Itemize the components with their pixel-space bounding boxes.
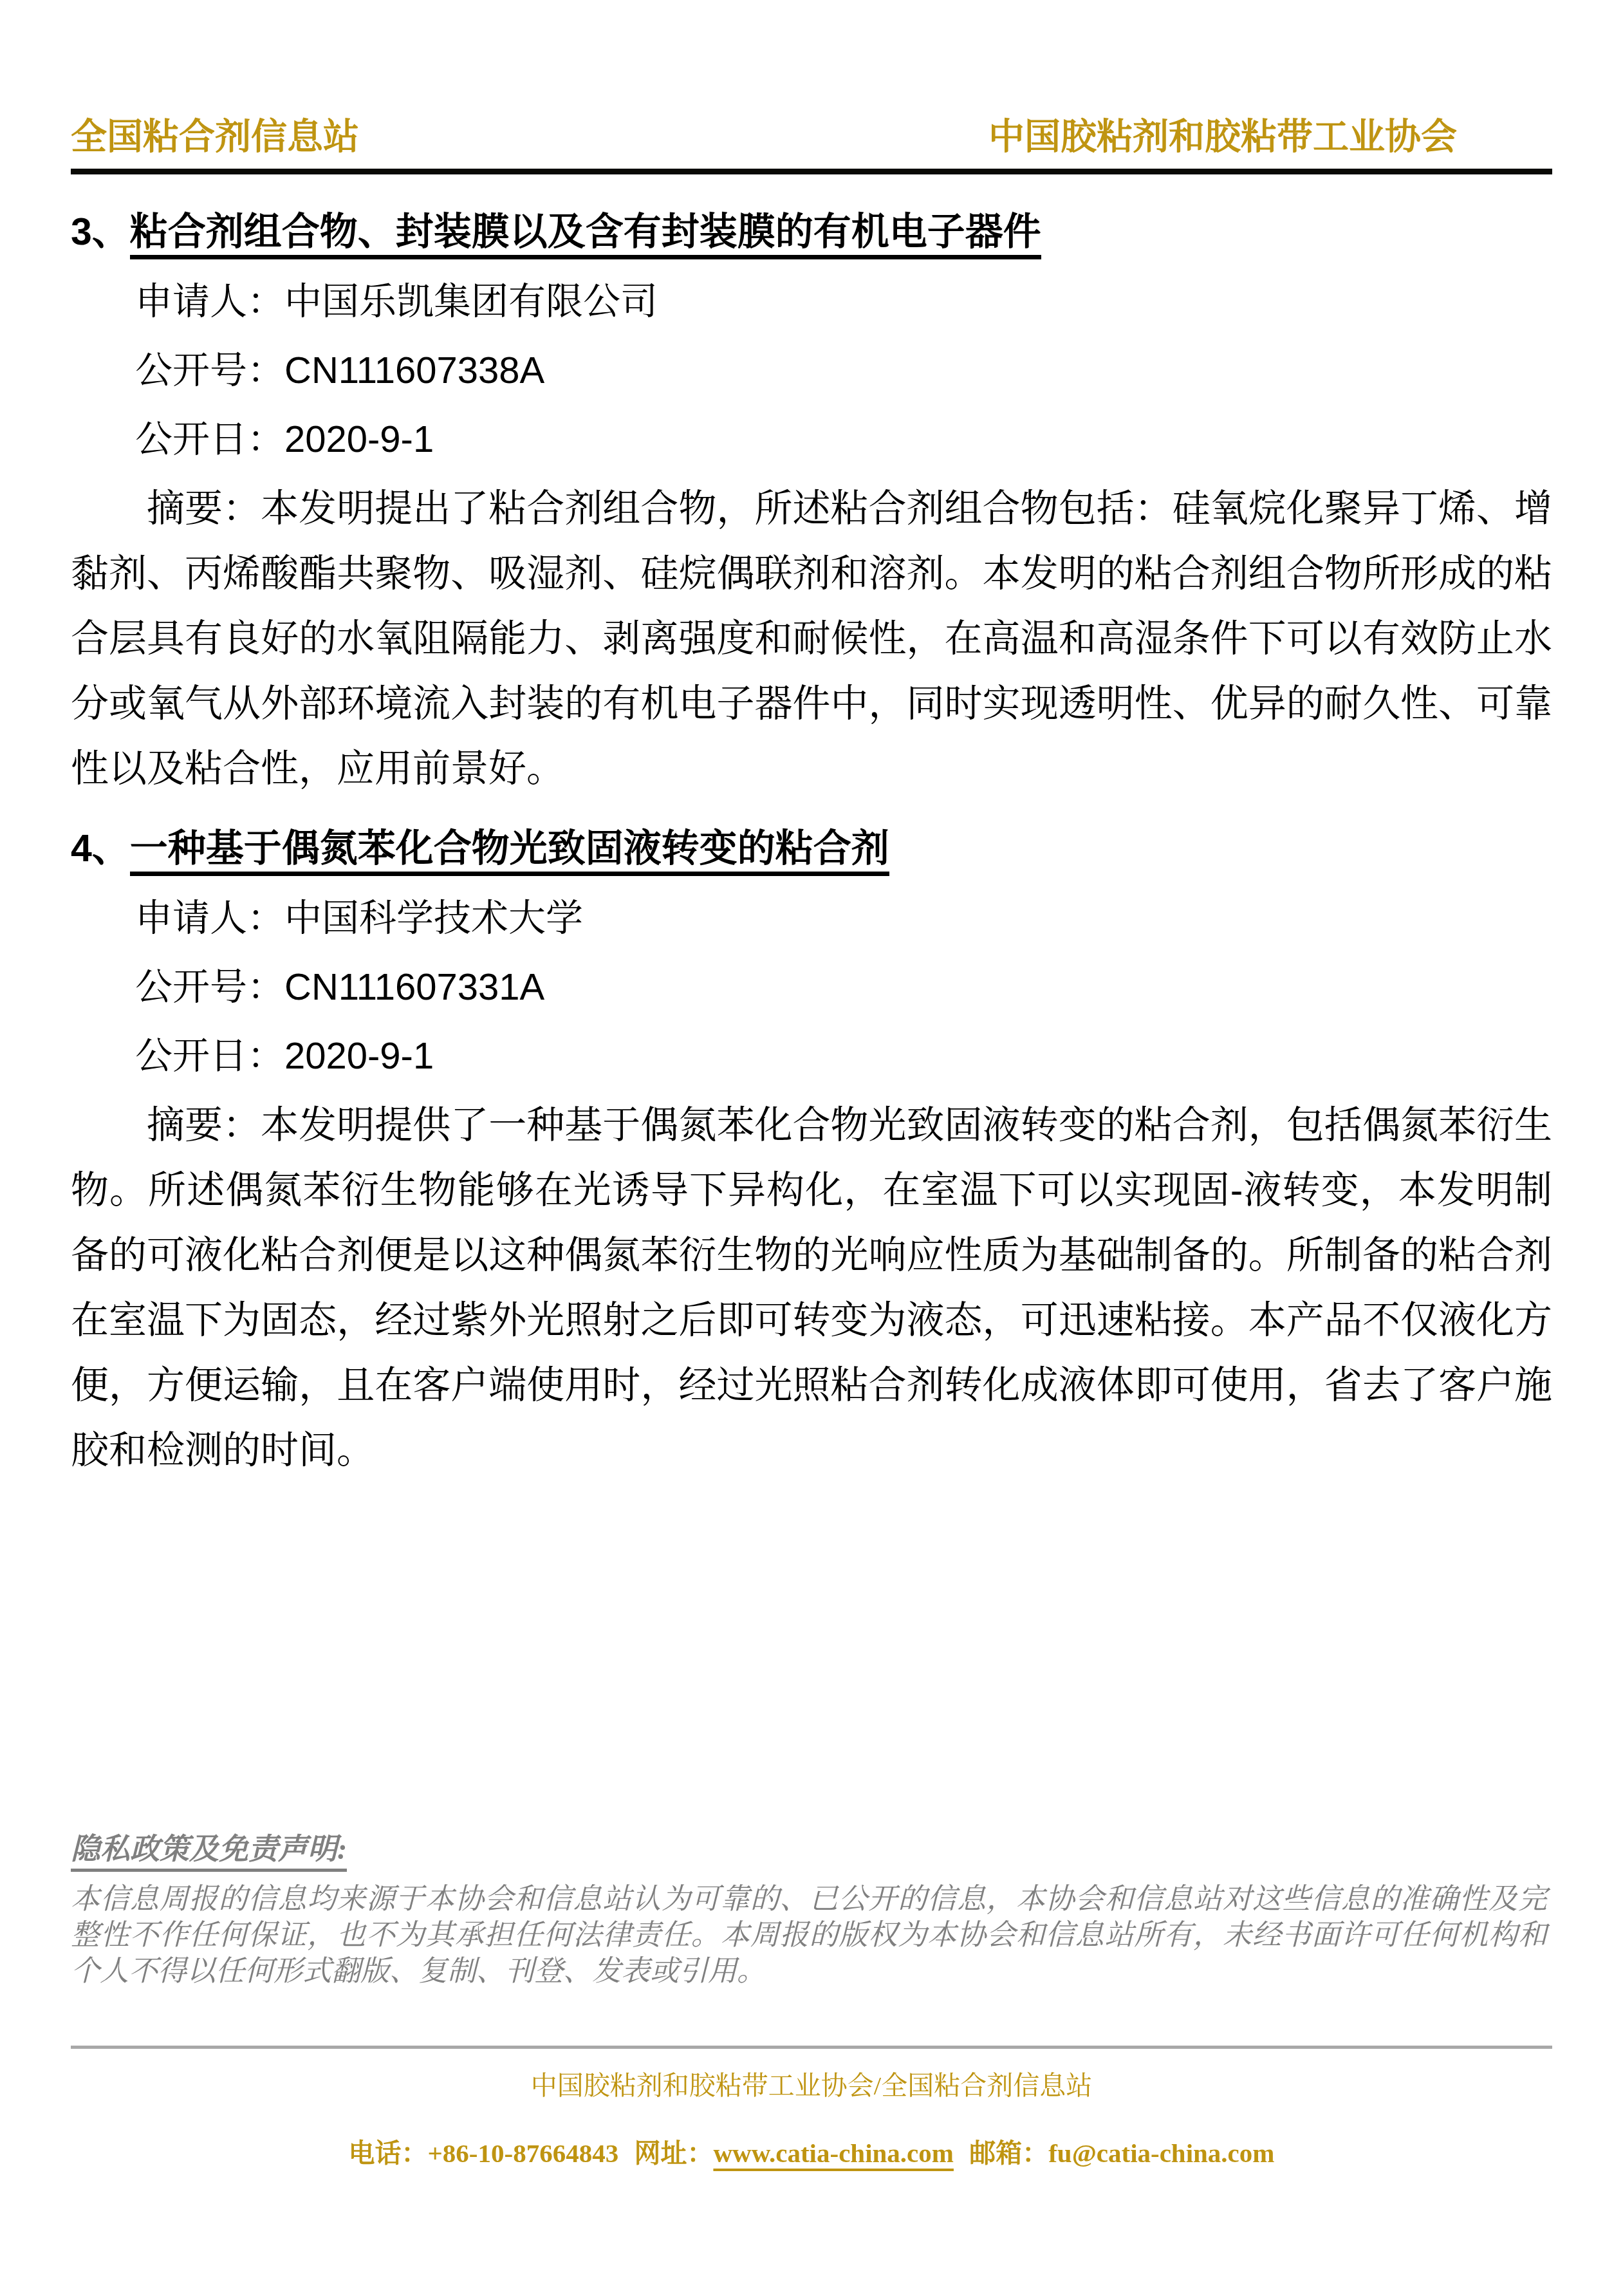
patent-number: 3、 [71,210,130,253]
publication-no-label: 公开号： [135,350,284,391]
phone-label: 电话： [349,2138,428,2168]
page-header: 全国粘合剂信息站 中国胶粘剂和胶粘带工业协会 [71,0,1552,160]
patent-number: 4、 [71,827,130,870]
patent-abstract: 摘要：本发明提出了粘合剂组合物，所述粘合剂组合物包括：硅氧烷化聚异丁烯、增黏剂、… [71,476,1552,801]
page-footer: 中国胶粘剂和胶粘带工业协会/全国粘合剂信息站 电话：+86-10-8766484… [71,2046,1552,2170]
email-label: 邮箱： [969,2138,1048,2168]
patent-heading: 4、一种基于偶氮苯化合物光致固液转变的粘合剂 [71,821,1552,876]
phone-value: +86-10-87664843 [428,2138,619,2168]
applicant-value: 中国乐凯集团有限公司 [284,281,658,322]
website-link[interactable]: www.catia-china.com [713,2138,954,2168]
publication-date-value: 2020-9-1 [284,418,434,460]
patent-heading: 3、粘合剂组合物、封装膜以及含有封装膜的有机电子器件 [71,204,1552,259]
patent-entry-4: 4、一种基于偶氮苯化合物光致固液转变的粘合剂 申请人：中国科学技术大学 公开号：… [71,821,1552,1483]
patent-fields: 申请人：中国科学技术大学 公开号：CN111607331A 公开日：2020-9… [135,884,1552,1090]
publication-date-row: 公开日：2020-9-1 [135,405,1552,474]
applicant-label: 申请人： [135,897,284,939]
applicant-row: 申请人：中国乐凯集团有限公司 [135,267,1552,336]
publication-no-row: 公开号：CN111607331A [135,953,1552,1022]
email-value[interactable]: fu@catia-china.com [1048,2138,1274,2168]
patent-abstract: 摘要：本发明提供了一种基于偶氮苯化合物光致固液转变的粘合剂，包括偶氮苯衍生物。所… [71,1093,1552,1483]
publication-date-value: 2020-9-1 [284,1035,434,1077]
website-label: 网址： [634,2138,713,2168]
publication-date-label: 公开日： [135,418,284,460]
footer-contact-line: 电话：+86-10-87664843 网址：www.catia-china.co… [71,2132,1552,2170]
patent-fields: 申请人：中国乐凯集团有限公司 公开号：CN111607338A 公开日：2020… [135,267,1552,474]
patent-title: 一种基于偶氮苯化合物光致固液转变的粘合剂 [130,827,889,876]
patent-entry-3: 3、粘合剂组合物、封装膜以及含有封装膜的有机电子器件 申请人：中国乐凯集团有限公… [71,204,1552,801]
patent-title: 粘合剂组合物、封装膜以及含有封装膜的有机电子器件 [130,210,1041,259]
publication-date-label: 公开日： [135,1035,284,1077]
site-name: 全国粘合剂信息站 [71,108,359,160]
association-name: 中国胶粘剂和胶粘带工业协会 [988,108,1457,160]
newsletter-page: 全国粘合剂信息站 中国胶粘剂和胶粘带工业协会 3、粘合剂组合物、封装膜以及含有封… [0,0,1623,2296]
publication-no-value: CN111607338A [284,350,544,391]
publication-no-label: 公开号： [135,966,284,1008]
footer-divider [71,2046,1552,2049]
publication-no-row: 公开号：CN111607338A [135,336,1552,405]
applicant-label: 申请人： [135,281,284,322]
applicant-row: 申请人：中国科学技术大学 [135,884,1552,953]
disclaimer-title-text: 隐私政策及免责声明: [71,1833,347,1872]
footer-organization-line: 中国胶粘剂和胶粘带工业协会/全国粘合剂信息站 [71,2064,1552,2102]
privacy-disclaimer: 隐私政策及免责声明: 本信息周报的信息均来源于本协会和信息站认为可靠的、已公开的… [71,1825,1547,1989]
header-divider [71,169,1552,174]
disclaimer-title: 隐私政策及免责声明: [71,1825,1547,1868]
publication-date-row: 公开日：2020-9-1 [135,1022,1552,1090]
disclaimer-text: 本信息周报的信息均来源于本协会和信息站认为可靠的、已公开的信息，本协会和信息站对… [71,1881,1547,1989]
publication-no-value: CN111607331A [284,966,544,1008]
applicant-value: 中国科学技术大学 [284,897,583,939]
